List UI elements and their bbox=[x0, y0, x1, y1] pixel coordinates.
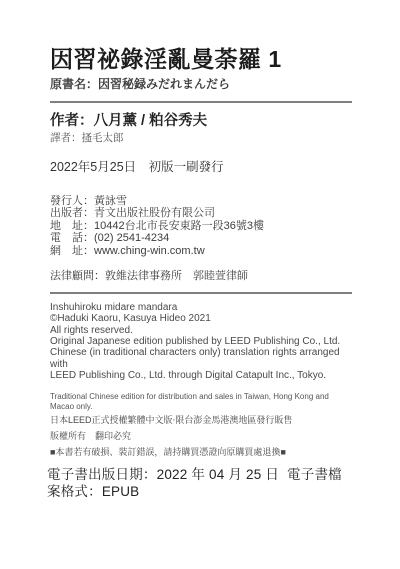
rights-statement: 版權所有 翻印必究 bbox=[50, 431, 355, 442]
english-copyright: Inshuhiroku midare mandara ©Haduki Kaoru… bbox=[50, 302, 355, 381]
info-label: 出版者： bbox=[50, 207, 94, 219]
info-value: 青文出版社股份有限公司 bbox=[94, 207, 215, 219]
copyright-line-original: Original Japanese edition published by L… bbox=[50, 336, 355, 347]
info-row-issuer: 發行人：黃詠雪 bbox=[50, 195, 355, 207]
ebook-date-label: 電子書出版日期： bbox=[47, 467, 157, 482]
website-url: www.ching-win.com.tw bbox=[94, 245, 205, 257]
original-title: 原書名：因習秘録みだれまんだら bbox=[50, 76, 355, 92]
ebook-format: EPUB bbox=[102, 484, 140, 499]
edition-date: 2022年5月25日 初版一刷發行 bbox=[50, 160, 355, 175]
legal-label: 法律顧問： bbox=[50, 270, 105, 282]
copyright-line-romaji: Inshuhiroku midare mandara bbox=[50, 302, 355, 313]
copyright-line-rights: All rights reserved. bbox=[50, 325, 355, 336]
info-row-website: 網 址：www.ching-win.com.tw bbox=[50, 245, 355, 257]
copyright-line-agent: LEED Publishing Co., Ltd. through Digita… bbox=[50, 370, 355, 381]
colophon-content: 因習祕錄淫亂曼荼羅 1 原書名：因習秘録みだれまんだら 作者：八月薰 / 粕谷秀… bbox=[50, 44, 355, 500]
info-label: 地 址： bbox=[50, 220, 94, 232]
distribution-notice-en: Traditional Chinese edition for distribu… bbox=[50, 392, 355, 412]
legal-advisor-row: 法律顧問：敦維法律事務所 郭睦萱律師 bbox=[50, 270, 355, 283]
publisher-info: 發行人：黃詠雪 出版者：青文出版社股份有限公司 地 址：10442台北市長安東路… bbox=[50, 195, 355, 257]
translator-label: 譯者： bbox=[50, 132, 82, 144]
author-label: 作者： bbox=[50, 113, 94, 129]
info-label: 發行人： bbox=[50, 195, 94, 207]
translator-line: 譯者：搔毛太郎 bbox=[50, 132, 355, 145]
copyright-line-authors: ©Haduki Kaoru, Kasuya Hideo 2021 bbox=[50, 313, 355, 324]
ebook-date: 2022 年 04 月 25 日 bbox=[157, 467, 280, 482]
legal-value: 敦維法律事務所 郭睦萱律師 bbox=[105, 270, 248, 282]
info-value: 10442台北市長安東路一段36號3樓 bbox=[94, 220, 264, 232]
divider-bottom bbox=[50, 292, 352, 294]
distribution-notice-zh: 日本LEED正式授權繁體中文版‧限台澎金馬港澳地區發行販售 bbox=[50, 415, 355, 426]
info-value: 黃詠雪 bbox=[94, 195, 127, 207]
colophon-page: 因習祕錄淫亂曼荼羅 1 原書名：因習秘録みだれまんだら 作者：八月薰 / 粕谷秀… bbox=[0, 0, 400, 569]
page-title: 因習祕錄淫亂曼荼羅 1 bbox=[50, 44, 355, 74]
copyright-line-translation: Chinese (in traditional characters only)… bbox=[50, 347, 355, 370]
damage-notice: ■本書若有破損、裝訂錯誤，請持購買憑證向原購買處退換■ bbox=[50, 447, 355, 458]
ebook-spacer bbox=[279, 467, 287, 482]
info-row-phone: 電 話：(02) 2541-4234 bbox=[50, 232, 355, 244]
translator-value: 搔毛太郎 bbox=[82, 132, 124, 144]
divider-top bbox=[50, 101, 352, 103]
info-label: 電 話： bbox=[50, 232, 94, 244]
info-row-publisher: 出版者：青文出版社股份有限公司 bbox=[50, 207, 355, 219]
ebook-info: 電子書出版日期：2022 年 04 月 25 日 電子書檔案格式：EPUB bbox=[47, 466, 355, 500]
author-value: 八月薰 / 粕谷秀夫 bbox=[94, 113, 208, 129]
info-row-address: 地 址：10442台北市長安東路一段36號3樓 bbox=[50, 220, 355, 232]
info-label: 網 址： bbox=[50, 245, 94, 257]
author-line: 作者：八月薰 / 粕谷秀夫 bbox=[50, 112, 355, 131]
info-value: (02) 2541-4234 bbox=[94, 232, 169, 244]
